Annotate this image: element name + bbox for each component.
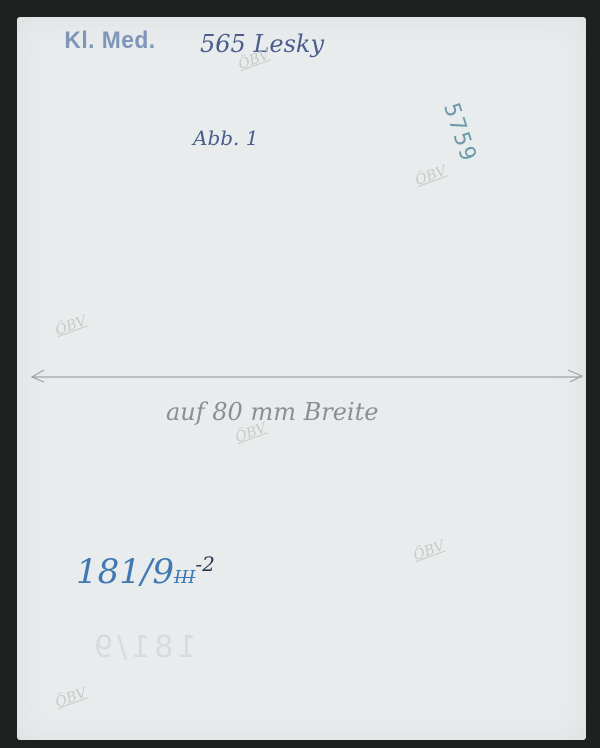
bleed-through-text: 181/9 xyxy=(90,630,196,665)
signature-main: 181/9 xyxy=(76,552,174,592)
double-arrow-icon xyxy=(30,368,584,384)
figure-label: Abb. 1 xyxy=(193,126,259,150)
signature-number: 181/9III-2 xyxy=(76,552,215,592)
dimension-note: auf 80 mm Breite xyxy=(166,398,378,426)
signature-suffix: -2 xyxy=(195,552,214,576)
institution-stamp: Kl. Med. xyxy=(64,27,155,55)
signature-crossed: III xyxy=(174,567,195,588)
